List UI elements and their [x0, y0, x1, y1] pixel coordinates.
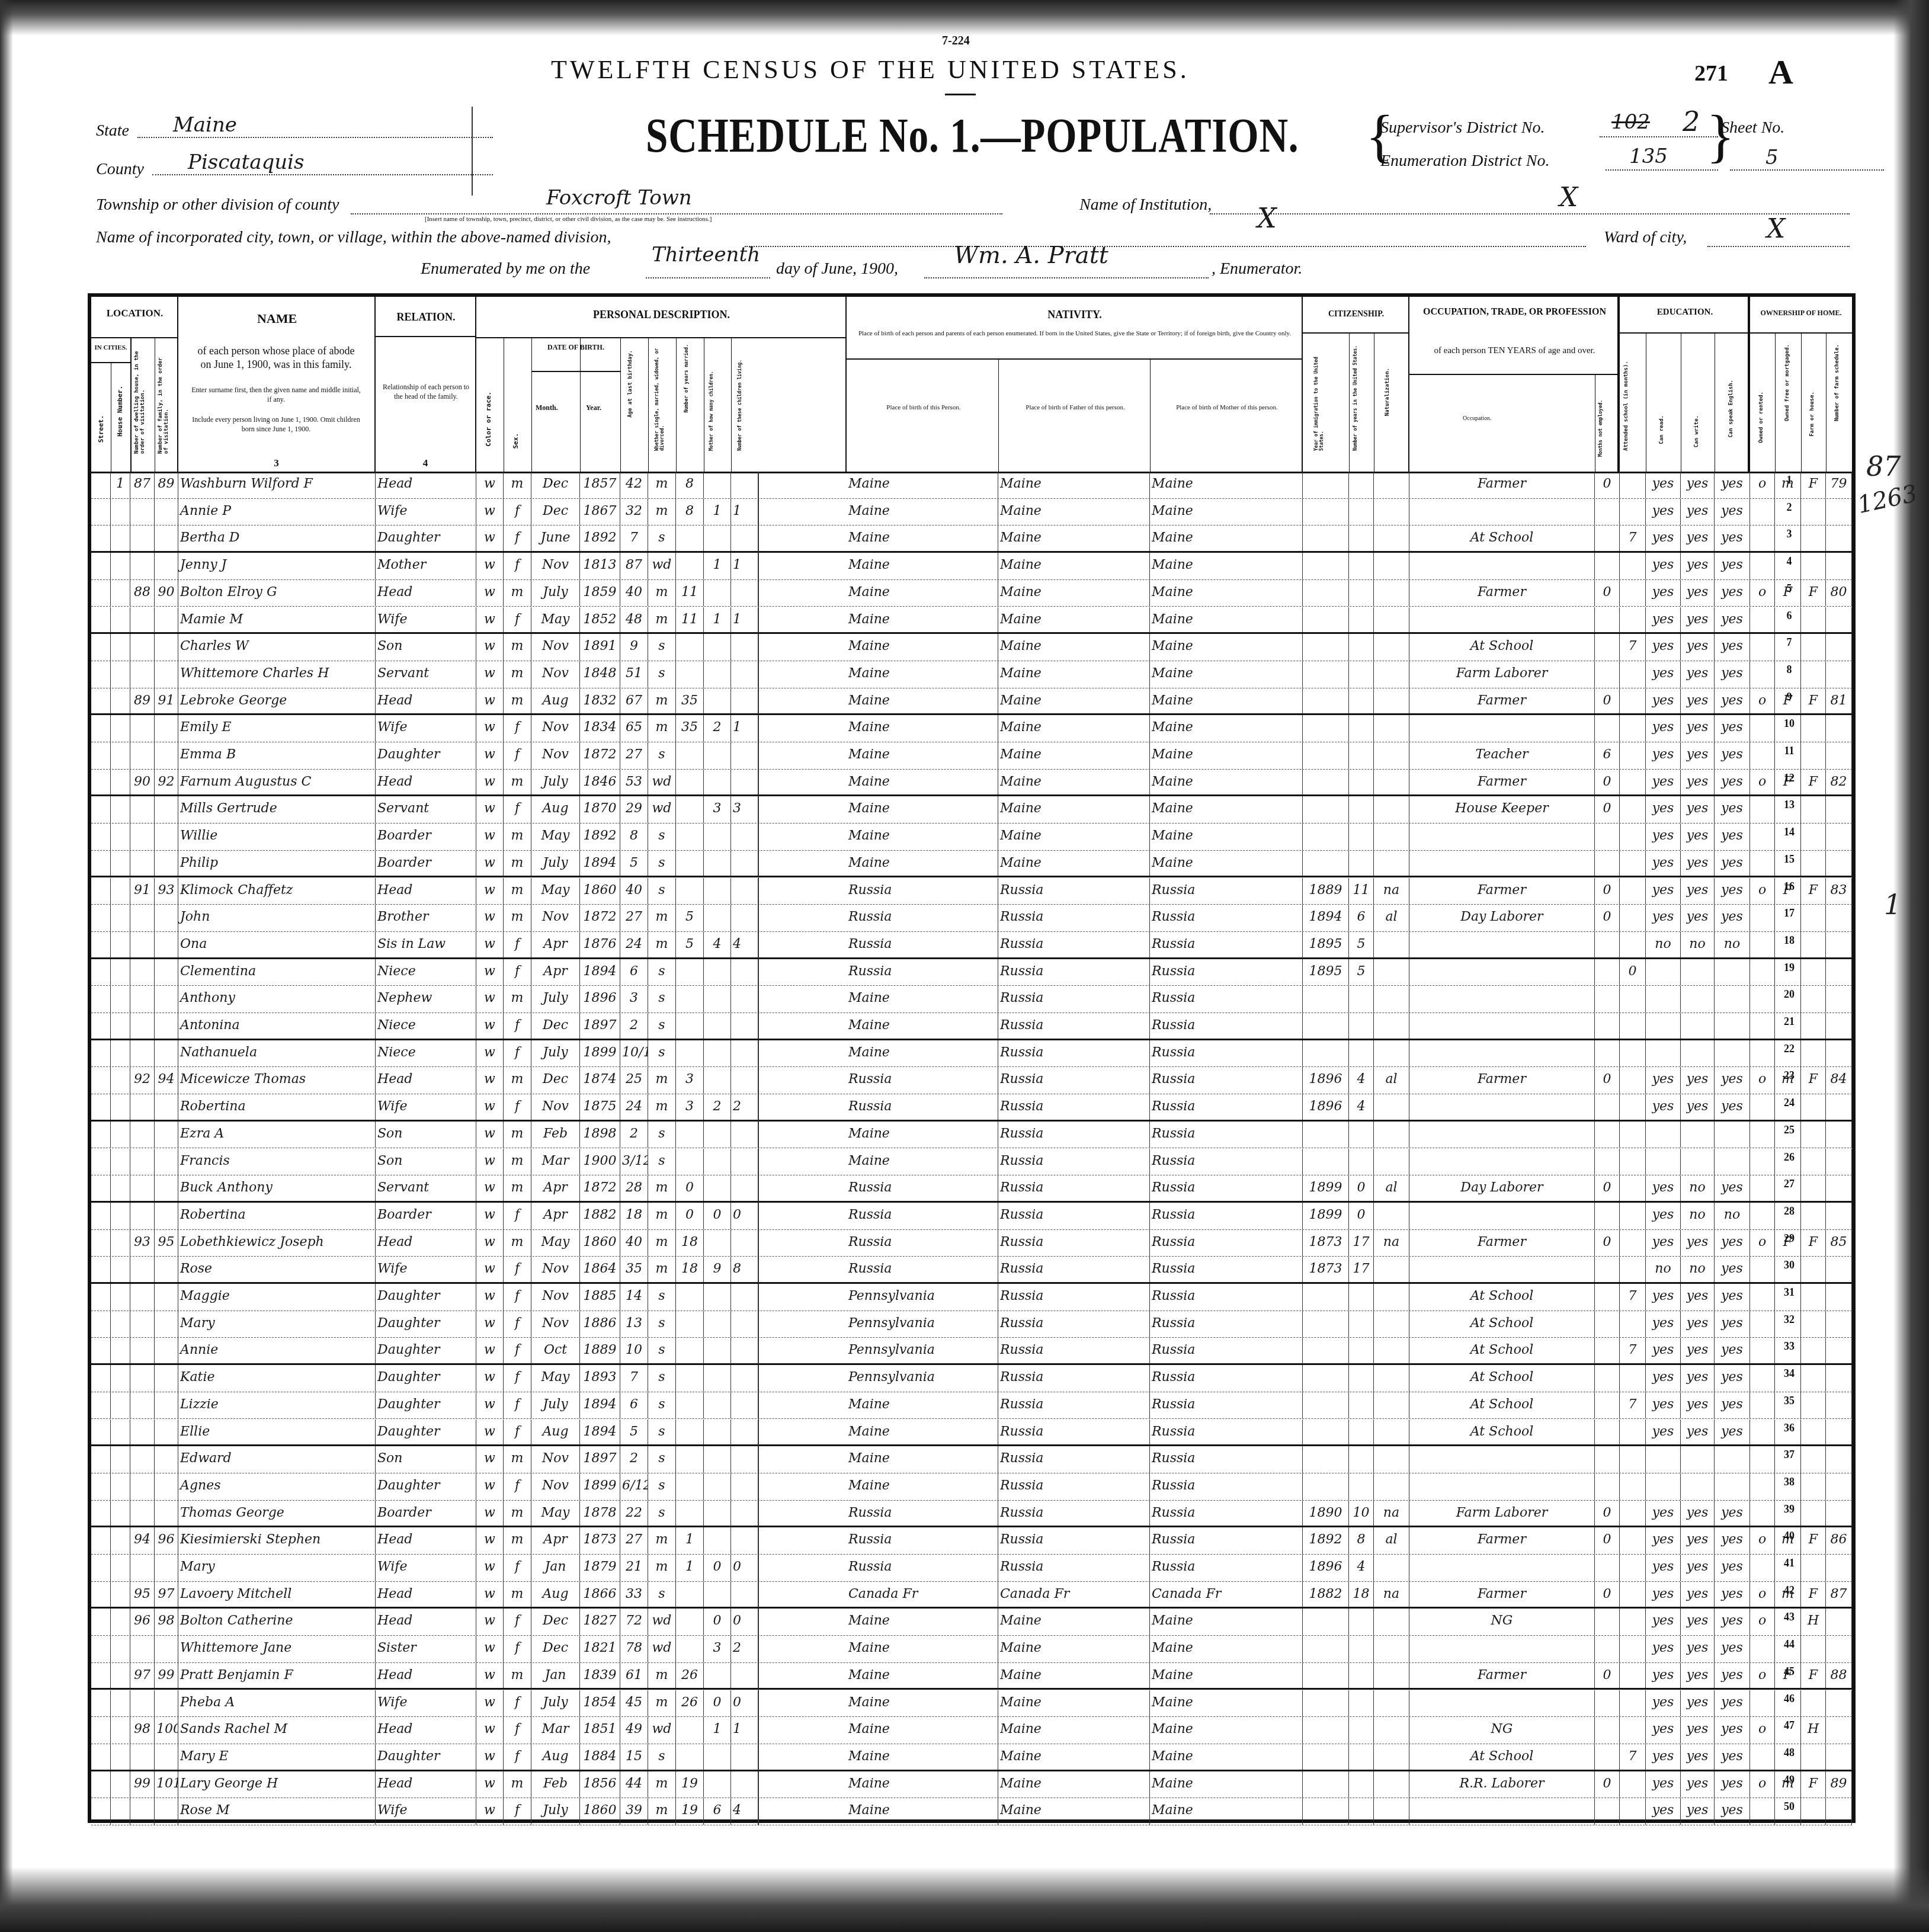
cell-name: Robertina — [178, 1203, 376, 1229]
cell-farm-no: 86 — [1826, 1527, 1852, 1554]
cell-living — [731, 1013, 758, 1039]
institution-line — [1210, 207, 1850, 214]
cell-pob-mother: Russia — [1150, 986, 1303, 1013]
col-4-number: 4 — [376, 457, 475, 469]
cell-name: Washburn Wilford F — [178, 472, 376, 498]
cell-write — [1681, 986, 1715, 1013]
cell-write: yes — [1681, 1230, 1715, 1257]
cell-family — [155, 1094, 178, 1120]
cell-mother-of: 0 — [704, 1203, 731, 1229]
cell-immig: 1895 — [1303, 932, 1349, 957]
cell-pob: Russia — [847, 1230, 998, 1257]
cell-read: yes — [1646, 905, 1681, 931]
cell-read: yes — [1646, 770, 1681, 795]
cell-farm — [1801, 1094, 1826, 1120]
cell-immig — [1303, 1338, 1349, 1363]
cell-unemployed — [1595, 1365, 1620, 1392]
cell-relation: Daughter — [376, 1420, 476, 1445]
enumerator-name: Wm. A. Pratt — [954, 242, 1108, 269]
cell-farm-no — [1826, 1311, 1852, 1338]
cell-marital: m — [648, 1798, 676, 1825]
cell-pob: Russia — [847, 905, 998, 931]
cell-family — [155, 634, 178, 661]
cell-name: Philip — [178, 851, 376, 876]
table-row: MaryWifewfJan187921m100RussiaRussiaRussi… — [91, 1555, 1852, 1582]
cell-farm-no — [1826, 1013, 1852, 1039]
cell-immig — [1303, 661, 1349, 688]
line-number: 21 — [1777, 1015, 1801, 1028]
ownership-title: OWNERSHIP OF HOME. — [1750, 309, 1852, 318]
cell-english: yes — [1715, 1392, 1750, 1419]
cell-dwelling — [130, 553, 155, 579]
cell-natur — [1374, 1149, 1409, 1175]
name-instruction-1: Enter surname first, then the given name… — [190, 386, 362, 404]
cell-relation: Son — [376, 1122, 476, 1148]
cell-house — [111, 661, 130, 688]
cell-unemployed: 0 — [1595, 1501, 1620, 1526]
cell-house — [111, 1094, 130, 1120]
cell-sex: m — [504, 580, 531, 607]
cell-owned — [1750, 905, 1775, 931]
cell-color: w — [476, 580, 504, 607]
cell-pob: Maine — [847, 796, 998, 823]
cell-pob: Maine — [847, 1013, 998, 1039]
cell-house — [111, 1365, 130, 1392]
cell-living — [731, 688, 758, 714]
cell-sex: m — [504, 1446, 531, 1473]
cell-natur — [1374, 1771, 1409, 1798]
cell-farm-no — [1826, 715, 1852, 742]
cell-dwelling — [130, 796, 155, 823]
cell-pob: Russia — [847, 1527, 998, 1554]
line-number: 7 — [1777, 636, 1801, 649]
cell-dwelling — [130, 1636, 155, 1662]
cell-month: Aug — [531, 1744, 580, 1770]
cell-yrs-married — [676, 1501, 704, 1526]
header-personal-description: PERSONAL DESCRIPTION. DATE OF BIRTH. Col… — [476, 297, 847, 472]
cell-name: Lary George H — [178, 1771, 376, 1798]
cell-year: 1879 — [580, 1555, 620, 1581]
cell-name: Lobethkiewicz Joseph — [178, 1230, 376, 1257]
cell-immig — [1303, 1420, 1349, 1445]
cell-street — [91, 1013, 111, 1039]
cell-street — [91, 1149, 111, 1175]
cell-family — [155, 499, 178, 526]
cell-owned: o — [1750, 1663, 1775, 1689]
cell-unemployed — [1595, 851, 1620, 876]
cell-farm — [1801, 634, 1826, 661]
line-number: 40 — [1777, 1530, 1801, 1542]
cell-farm-no — [1826, 499, 1852, 526]
cell-immig — [1303, 1690, 1349, 1717]
cell-house — [111, 499, 130, 526]
cell-street — [91, 1175, 111, 1201]
cell-name: Rose — [178, 1257, 376, 1282]
cell-mother-of — [704, 1067, 731, 1094]
line-number: 17 — [1777, 907, 1801, 919]
cell-color: w — [476, 1555, 504, 1581]
cell-unemployed: 0 — [1595, 472, 1620, 498]
cell-yrs-married — [676, 1311, 704, 1338]
cell-year: 1882 — [580, 1203, 620, 1229]
cell-marital: m — [648, 499, 676, 526]
cell-year: 1866 — [580, 1582, 620, 1607]
cell-farm-no — [1826, 1501, 1852, 1526]
cell-english — [1715, 1446, 1750, 1473]
cell-living — [731, 851, 758, 876]
cell-unemployed — [1595, 1420, 1620, 1445]
cell-write: no — [1681, 1257, 1715, 1282]
cell-write: yes — [1681, 1094, 1715, 1120]
header-citizenship: CITIZENSHIP. Year of immigration to the … — [1303, 297, 1409, 472]
table-row: Buck AnthonyServantwmApr187228m0RussiaRu… — [91, 1175, 1852, 1203]
cell-street — [91, 1122, 111, 1148]
cell-living — [731, 1175, 758, 1201]
cell-english: yes — [1715, 1609, 1750, 1635]
cell-english: yes — [1715, 1067, 1750, 1094]
cell-pob: Maine — [847, 1420, 998, 1445]
cell-name: Jenny J — [178, 553, 376, 579]
cell-month: Aug — [531, 688, 580, 714]
column-separator — [758, 472, 759, 1825]
cell-farm: F — [1801, 688, 1826, 714]
cell-pob-father: Maine — [998, 607, 1150, 633]
cell-name: Ellie — [178, 1420, 376, 1445]
cell-year: 1827 — [580, 1609, 620, 1635]
cell-owned — [1750, 986, 1775, 1013]
cell-living — [731, 905, 758, 931]
cell-color: w — [476, 1013, 504, 1039]
cell-dwelling — [130, 499, 155, 526]
cell-pob-father: Maine — [998, 1690, 1150, 1717]
cell-farm — [1801, 1501, 1826, 1526]
cell-relation: Boarder — [376, 851, 476, 876]
cell-occupation: At School — [1409, 1744, 1595, 1770]
cell-family: 94 — [155, 1067, 178, 1094]
cell-relation: Head — [376, 1717, 476, 1744]
cell-month: June — [531, 526, 580, 551]
cell-house — [111, 715, 130, 742]
cell-occupation: At School — [1409, 1284, 1595, 1311]
cell-immig: 1889 — [1303, 878, 1349, 905]
cell-unemployed: 6 — [1595, 742, 1620, 769]
cell-sex: m — [504, 1527, 531, 1554]
cell-farm-no — [1826, 1609, 1852, 1635]
cell-house — [111, 1473, 130, 1500]
cell-pob: Maine — [847, 824, 998, 850]
cell-school: 7 — [1620, 1392, 1646, 1419]
cell-school — [1620, 1040, 1646, 1067]
line-number: 33 — [1777, 1340, 1801, 1353]
cell-name: Whittemore Jane — [178, 1636, 376, 1662]
cell-immig — [1303, 526, 1349, 551]
cell-unemployed — [1595, 661, 1620, 688]
cell-age: 14 — [620, 1284, 648, 1311]
cell-marital: m — [648, 607, 676, 633]
cell-pob: Maine — [847, 661, 998, 688]
cell-marital: s — [648, 1122, 676, 1148]
enumeration-district-field: Enumeration District No. 135 — [1380, 152, 1718, 180]
cell-age: 78 — [620, 1636, 648, 1662]
cell-farm — [1801, 851, 1826, 876]
cell-immig — [1303, 1636, 1349, 1662]
cell-mother-of — [704, 1473, 731, 1500]
cell-color: w — [476, 770, 504, 795]
cell-month: Dec — [531, 499, 580, 526]
cell-age: 51 — [620, 661, 648, 688]
cell-english: yes — [1715, 607, 1750, 633]
cell-immig — [1303, 851, 1349, 876]
cell-farm-no — [1826, 905, 1852, 931]
census-title: TWELFTH CENSUS OF THE UNITED STATES. — [551, 55, 1190, 85]
cell-pob-mother: Russia — [1150, 905, 1303, 931]
cell-pob: Russia — [847, 932, 998, 957]
table-row: Mary EDaughterwfAug188415sMaineMaineMain… — [91, 1744, 1852, 1771]
cell-marital: wd — [648, 1717, 676, 1744]
cell-yrs-married — [676, 959, 704, 986]
cell-street — [91, 905, 111, 931]
line-number: 25 — [1777, 1124, 1801, 1136]
cell-english: yes — [1715, 1636, 1750, 1662]
cell-living — [731, 1473, 758, 1500]
cell-write: yes — [1681, 851, 1715, 876]
cell-farm: F — [1801, 1663, 1826, 1689]
cell-month: Nov — [531, 1473, 580, 1500]
cell-pob-mother: Maine — [1150, 607, 1303, 633]
cell-occupation — [1409, 1473, 1595, 1500]
cell-age: 35 — [620, 1257, 648, 1282]
cell-family: 98 — [155, 1609, 178, 1635]
cell-yrs-married: 3 — [676, 1067, 704, 1094]
cell-street — [91, 878, 111, 905]
col-3-number: 3 — [178, 457, 374, 469]
cell-farm-no — [1826, 1203, 1852, 1229]
cell-immig — [1303, 580, 1349, 607]
cell-pob-mother: Russia — [1150, 1149, 1303, 1175]
ward-label: Ward of city, — [1604, 228, 1687, 247]
cell-occupation: At School — [1409, 634, 1595, 661]
cell-color: w — [476, 1338, 504, 1363]
cell-yrs-us — [1349, 472, 1374, 498]
cell-read: yes — [1646, 1663, 1681, 1689]
table-row: AgnesDaughterwfNov18996/12sMaineRussiaRu… — [91, 1473, 1852, 1501]
cell-read: yes — [1646, 796, 1681, 823]
cell-pob: Maine — [847, 851, 998, 876]
cell-pob-father: Russia — [998, 1284, 1150, 1311]
cell-yrs-us — [1349, 715, 1374, 742]
line-number: 46 — [1777, 1693, 1801, 1705]
line-number: 12 — [1777, 772, 1801, 784]
cell-occupation: House Keeper — [1409, 796, 1595, 823]
cell-house — [111, 1771, 130, 1798]
relation-description: Relationship of each person to the head … — [382, 383, 470, 401]
cell-read: no — [1646, 1257, 1681, 1282]
cell-yrs-married — [676, 986, 704, 1013]
cell-living — [731, 1527, 758, 1554]
cell-school — [1620, 1582, 1646, 1607]
cell-natur: al — [1374, 1175, 1409, 1201]
cell-house — [111, 878, 130, 905]
cell-family: 92 — [155, 770, 178, 795]
cell-dwelling: 87 — [130, 472, 155, 498]
cell-occupation: Farmer — [1409, 770, 1595, 795]
farm-or-house-label: Farm or house. — [1809, 392, 1815, 437]
cell-street — [91, 553, 111, 579]
cell-farm — [1801, 959, 1826, 986]
table-row: OnaSis in LawwfApr187624m544RussiaRussia… — [91, 932, 1852, 959]
cell-owned — [1750, 1284, 1775, 1311]
cell-relation: Head — [376, 770, 476, 795]
cell-pob: Maine — [847, 1690, 998, 1717]
cell-living: 2 — [731, 1636, 758, 1662]
cell-sex: f — [504, 1473, 531, 1500]
cell-family — [155, 1365, 178, 1392]
cell-yrs-us — [1349, 796, 1374, 823]
cell-farm-no — [1826, 796, 1852, 823]
cell-year: 1894 — [580, 1392, 620, 1419]
cell-yrs-us — [1349, 1636, 1374, 1662]
table-row: 18789Washburn Wilford FHeadwmDec185742m8… — [91, 472, 1852, 499]
cell-pob: Canada Fr — [847, 1582, 998, 1607]
cell-sex: f — [504, 1717, 531, 1744]
enumerated-prefix: Enumerated by me on the — [421, 259, 590, 278]
cell-occupation: At School — [1409, 1311, 1595, 1338]
enumerated-day-line — [646, 271, 770, 278]
cell-sex: m — [504, 878, 531, 905]
cell-pob-mother: Maine — [1150, 472, 1303, 498]
cell-marital: s — [648, 1149, 676, 1175]
cell-farm-no — [1826, 607, 1852, 633]
cell-immig — [1303, 1663, 1349, 1689]
cell-month: May — [531, 607, 580, 633]
cell-family: 96 — [155, 1527, 178, 1554]
cell-yrs-us — [1349, 1284, 1374, 1311]
cell-yrs-married — [676, 770, 704, 795]
cell-pob-father: Russia — [998, 1149, 1150, 1175]
cell-occupation — [1409, 1555, 1595, 1581]
cell-marital: s — [648, 1744, 676, 1770]
cell-yrs-us — [1349, 607, 1374, 633]
cell-pob: Pennsylvania — [847, 1284, 998, 1311]
cell-mother-of — [704, 1392, 731, 1419]
line-number: 9 — [1777, 691, 1801, 703]
age-label: Age at last birthday. — [627, 350, 633, 418]
cell-unemployed — [1595, 1555, 1620, 1581]
cell-write: yes — [1681, 1717, 1715, 1744]
cell-school — [1620, 824, 1646, 850]
cell-natur — [1374, 1798, 1409, 1825]
cell-house — [111, 932, 130, 957]
cell-dwelling: 88 — [130, 580, 155, 607]
cell-pob: Maine — [847, 1717, 998, 1744]
cell-unemployed — [1595, 1636, 1620, 1662]
cell-pob-father: Maine — [998, 1663, 1150, 1689]
cell-immig — [1303, 1446, 1349, 1473]
cell-owned — [1750, 499, 1775, 526]
cell-immig: 1873 — [1303, 1230, 1349, 1257]
table-row: Annie PWifewfDec186732m811MaineMaineMain… — [91, 499, 1852, 526]
cell-english: yes — [1715, 796, 1750, 823]
cell-sex: m — [504, 1663, 531, 1689]
cell-yrs-us — [1349, 1771, 1374, 1798]
cell-write: yes — [1681, 1365, 1715, 1392]
cell-natur — [1374, 688, 1409, 714]
header-name: NAME of each person whose place of abode… — [178, 297, 376, 472]
cell-pob: Maine — [847, 1771, 998, 1798]
cell-school — [1620, 1473, 1646, 1500]
cell-farm: H — [1801, 1609, 1826, 1635]
cell-school — [1620, 1717, 1646, 1744]
cell-street — [91, 1338, 111, 1363]
cell-month: Apr — [531, 1203, 580, 1229]
header-education: EDUCATION. Attended school (in months). … — [1620, 297, 1750, 472]
cell-month: Nov — [531, 715, 580, 742]
cell-month: Aug — [531, 1420, 580, 1445]
cell-dwelling: 94 — [130, 1527, 155, 1554]
cell-school — [1620, 796, 1646, 823]
cell-family — [155, 715, 178, 742]
cell-pob-mother: Russia — [1150, 1040, 1303, 1067]
cell-dwelling — [130, 742, 155, 769]
cell-street — [91, 1473, 111, 1500]
relation-title: RELATION. — [376, 311, 476, 323]
cell-pob: Maine — [847, 1122, 998, 1148]
cell-immig — [1303, 1609, 1349, 1635]
line-number: 19 — [1777, 962, 1801, 974]
cell-house — [111, 959, 130, 986]
cell-natur — [1374, 499, 1409, 526]
cell-farm-no — [1826, 1636, 1852, 1662]
cell-month: Apr — [531, 1527, 580, 1554]
cell-pob: Maine — [847, 715, 998, 742]
cell-yrs-married: 8 — [676, 499, 704, 526]
state-label: State — [96, 121, 129, 140]
page-number: 271 — [1694, 60, 1728, 86]
cell-dwelling: 92 — [130, 1067, 155, 1094]
cell-pob-mother: Maine — [1150, 824, 1303, 850]
cell-english — [1715, 1040, 1750, 1067]
cell-unemployed: 0 — [1595, 1663, 1620, 1689]
cell-immig — [1303, 1311, 1349, 1338]
cell-mother-of: 1 — [704, 1717, 731, 1744]
cell-english: yes — [1715, 1420, 1750, 1445]
cell-age: 42 — [620, 472, 648, 498]
cell-unemployed: 0 — [1595, 796, 1620, 823]
cell-street — [91, 796, 111, 823]
cell-farm-no — [1826, 1473, 1852, 1500]
cell-name: John — [178, 905, 376, 931]
cell-yrs-married — [676, 1284, 704, 1311]
cell-pob-mother: Russia — [1150, 1446, 1303, 1473]
cell-unemployed — [1595, 824, 1620, 850]
table-row: EllieDaughterwfAug18945sMaineRussiaRussi… — [91, 1420, 1852, 1447]
cell-dwelling — [130, 1555, 155, 1581]
cell-name: Buck Anthony — [178, 1175, 376, 1201]
cell-pob-mother: Russia — [1150, 1067, 1303, 1094]
cell-occupation: Farmer — [1409, 878, 1595, 905]
naturalization-label: Naturalization. — [1385, 368, 1390, 416]
cell-dwelling — [130, 1311, 155, 1338]
cell-immig — [1303, 1149, 1349, 1175]
can-write-label: Can write. — [1694, 415, 1700, 447]
cell-marital: m — [648, 1257, 676, 1282]
cell-street — [91, 824, 111, 850]
cell-family — [155, 1149, 178, 1175]
institution-label: Name of Institution, — [1079, 196, 1212, 214]
cell-occupation — [1409, 1257, 1595, 1282]
supervisor-district-label: Supervisor's District No. — [1380, 118, 1545, 137]
table-row: Charles WSonwmNov18919sMaineMaineMaineAt… — [91, 634, 1852, 661]
